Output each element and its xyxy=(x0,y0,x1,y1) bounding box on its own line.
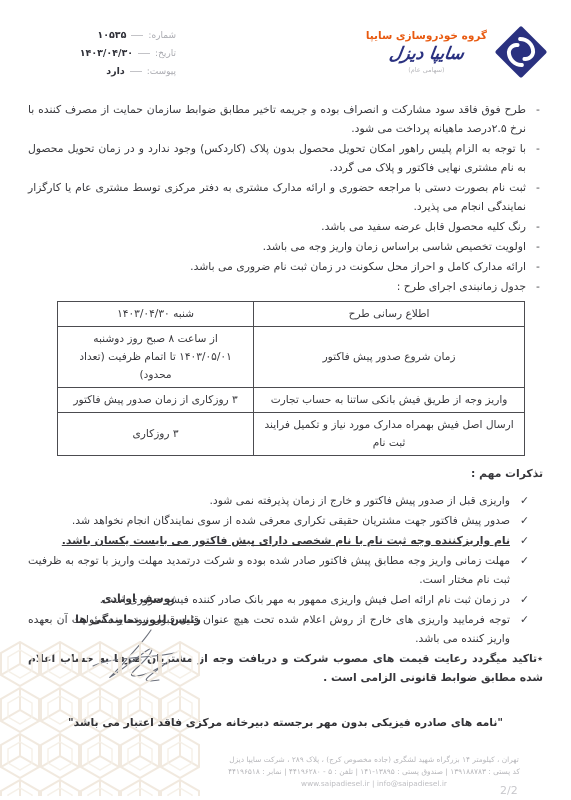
table-row: اطلاع رسانی طرح شنبه ۱۴۰۳/۰۴/۳۰ xyxy=(58,302,525,327)
leader-line xyxy=(138,53,150,54)
dash-marker: - xyxy=(533,257,543,276)
checkmark-icon: ✓ xyxy=(517,610,529,648)
bullet-item: - رنگ کلیه محصول قابل عرضه سفید می باشد. xyxy=(28,217,543,236)
signature-block: یوسف اوتادی رئیس امور نمایندگی ها xyxy=(58,592,218,690)
page-number: 2/2 xyxy=(500,784,518,797)
note-text-underlined: نام واریزکننده وجه ثبت نام با نام شخصی د… xyxy=(28,531,510,550)
date-label: تاریخ: xyxy=(155,49,176,59)
checkmark-icon: ✓ xyxy=(517,511,529,530)
checkmark-icon: ✓ xyxy=(517,491,529,510)
company-logo-block: گروه خودروسازی سایپا سایپا دیزل (سهامی ع… xyxy=(366,26,547,82)
signer-name: یوسف اوتادی xyxy=(58,592,218,605)
signer-title: رئیس امور نمایندگی ها xyxy=(58,613,218,626)
bullet-item: - اولویت تخصیص شاسی براساس زمان واریز وج… xyxy=(28,237,543,256)
dash-marker: - xyxy=(533,178,543,216)
dash-marker: - xyxy=(533,217,543,236)
checkmark-icon: ✓ xyxy=(517,531,529,550)
saipa-diamond-logo-icon xyxy=(495,26,547,82)
note-text: صدور پیش فاکتور جهت مشتریان حقیقی تکراری… xyxy=(28,511,510,530)
footer-address-line: تهران ، کیلومتر ۱۴ بزرگراه شهید لشگری (ج… xyxy=(185,754,563,766)
leader-line xyxy=(131,35,143,36)
checkmark-icon: ✓ xyxy=(517,590,529,609)
bullet-item: - ثبت نام بصورت دستی با مراجعه حضوری و ا… xyxy=(28,178,543,216)
attachment-label: پیوست: xyxy=(147,67,176,77)
note-item: ✓ نام واریزکننده وجه ثبت نام با نام شخصی… xyxy=(28,531,529,550)
note-item: ✓ صدور پیش فاکتور جهت مشتریان حقیقی تکرا… xyxy=(28,511,529,530)
letter-date-row: تاریخ: ۱۴۰۳/۰۴/۳۰ xyxy=(26,48,176,59)
table-cell-label: اطلاع رسانی طرح xyxy=(254,302,525,327)
table-cell-label: ارسال اصل فیش بهمراه مدارک مورد نیاز و ت… xyxy=(254,413,525,456)
table-row: ارسال اصل فیش بهمراه مدارک مورد نیاز و ت… xyxy=(58,413,525,456)
schedule-table: اطلاع رسانی طرح شنبه ۱۴۰۳/۰۴/۳۰ زمان شرو… xyxy=(57,301,525,456)
letter-page: شماره: ۱۰۵۳۵ تاریخ: ۱۴۰۳/۰۴/۳۰ پیوست: دا… xyxy=(0,0,571,800)
letter-attachment-row: پیوست: دارد xyxy=(26,66,176,77)
footer-notice: "نامه های صادره فیزیکی بدون مهر برجسته د… xyxy=(30,716,541,729)
logo-company-type: (سهامی عام) xyxy=(366,66,487,74)
bullet-text: رنگ کلیه محصول قابل عرضه سفید می باشد. xyxy=(28,217,526,236)
table-cell-value: شنبه ۱۴۰۳/۰۴/۳۰ xyxy=(58,302,254,327)
table-cell-label: واریز وجه از طریق فیش بانکی ساتنا به حسا… xyxy=(254,388,525,413)
letter-number-row: شماره: ۱۰۵۳۵ xyxy=(26,30,176,41)
dash-marker: - xyxy=(533,139,543,177)
notes-heading: تذکرات مهم : xyxy=(28,464,543,483)
leader-line xyxy=(130,71,142,72)
bullet-text: طرح فوق فاقد سود مشارکت و انصراف بوده و … xyxy=(28,100,526,138)
bullet-text: اولویت تخصیص شاسی براساس زمان واریز وجه … xyxy=(28,237,526,256)
number-value: ۱۰۵۳۵ xyxy=(97,30,126,41)
checkmark-icon: ✓ xyxy=(517,551,529,589)
bullet-item: - با توجه به الزام پلیس راهور امکان تحوی… xyxy=(28,139,543,177)
bullet-text: با توجه به الزام پلیس راهور امکان تحویل … xyxy=(28,139,526,177)
note-item: ✓ مهلت زمانی واریز وجه مطابق پیش فاکتور … xyxy=(28,551,529,589)
attachment-value: دارد xyxy=(106,66,124,77)
bullet-item: - طرح فوق فاقد سود مشارکت و انصراف بوده … xyxy=(28,100,543,138)
table-cell-label: زمان شروع صدور پیش فاکتور xyxy=(254,327,525,388)
dash-marker: - xyxy=(533,237,543,256)
note-text: واریزی قبل از صدور پیش فاکتور و خارج از … xyxy=(28,491,510,510)
dash-marker: - xyxy=(533,277,543,296)
date-value: ۱۴۰۳/۰۴/۳۰ xyxy=(80,48,133,59)
logo-text-block: گروه خودروسازی سایپا سایپا دیزل (سهامی ع… xyxy=(366,26,487,74)
letter-meta: شماره: ۱۰۵۳۵ تاریخ: ۱۴۰۳/۰۴/۳۰ پیوست: دا… xyxy=(26,30,176,84)
note-text: مهلت زمانی واریز وجه مطابق پیش فاکتور صا… xyxy=(28,551,510,589)
note-item: ✓ واریزی قبل از صدور پیش فاکتور و خارج ا… xyxy=(28,491,529,510)
table-cell-value: ۳ روزکاری xyxy=(58,413,254,456)
bullet-text: ارائه مدارک کامل و احراز محل سکونت در زم… xyxy=(28,257,526,276)
table-cell-value: از ساعت ۸ صبح روز دوشنبه ۱۴۰۳/۰۵/۰۱ تا ا… xyxy=(58,327,254,388)
table-cell-value: ۳ روزکاری از زمان صدور پیش فاکتور xyxy=(58,388,254,413)
handwritten-signature xyxy=(58,628,218,690)
bullet-text: ثبت نام بصورت دستی با مراجعه حضوری و ارا… xyxy=(28,178,526,216)
bullet-item: - ارائه مدارک کامل و احراز محل سکونت در … xyxy=(28,257,543,276)
bullet-item: - جدول زمانبندی اجرای طرح : xyxy=(28,277,543,296)
logo-script-name: سایپا دیزل xyxy=(364,44,488,64)
bullet-text: جدول زمانبندی اجرای طرح : xyxy=(28,277,526,296)
dash-marker: - xyxy=(533,100,543,138)
table-row: واریز وجه از طریق فیش بانکی ساتنا به حسا… xyxy=(58,388,525,413)
footer-contact-line: کد پستی : ۱۳۹۱۸۸۷۸۳ | صندوق پستی : ۱۳۸۹۵… xyxy=(185,766,563,778)
table-row: زمان شروع صدور پیش فاکتور از ساعت ۸ صبح … xyxy=(58,327,525,388)
number-label: شماره: xyxy=(148,31,176,41)
logo-group-name: گروه خودروسازی سایپا xyxy=(366,30,487,42)
